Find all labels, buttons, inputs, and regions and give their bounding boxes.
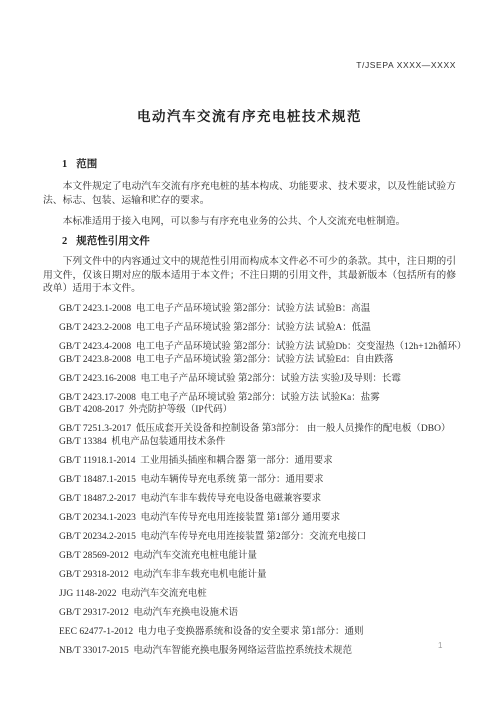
reference-item: GB/T 2423.16-2008 电工电子产品环境试验 第2部分：试验方法 实…	[43, 374, 456, 385]
reference-item: JJG 1148-2022 电动汽车交流充电桩	[43, 589, 456, 600]
section-heading-scope: 1范围	[43, 159, 456, 170]
reference-list: GB/T 2423.1-2008 电工电子产品环境试验 第2部分：试验方法 试验…	[43, 304, 456, 656]
reference-item: GB/T 29317-2012 电动汽车充换电设施术语	[43, 608, 456, 619]
reference-item: GB/T 28569-2012 电动汽车交流充电桩电能计量	[43, 551, 456, 562]
reference-item: GB/T 2423.2-2008 电工电子产品环境试验 第2部分：试验方法 试验…	[43, 323, 456, 334]
page-title: 电动汽车交流有序充电桩技术规范	[43, 110, 456, 124]
reference-item: GB/T 13384 机电产品包装通用技术条件	[43, 437, 456, 448]
reference-item: GB/T 11918.1-2014 工业用插头插座和耦合器 第一部分：通用要求	[43, 456, 456, 467]
reference-item: GB/T 2423.1-2008 电工电子产品环境试验 第2部分：试验方法 试验…	[43, 304, 456, 315]
reference-item: GB/T 29318-2012 电动汽车非车载充电机电能计量	[43, 570, 456, 581]
standard-code-header: T/JSEPA XXXX—XXXX	[43, 61, 456, 70]
document-page: T/JSEPA XXXX—XXXX 电动汽车交流有序充电桩技术规范 1范围 本文…	[0, 0, 500, 707]
section-heading-normative-references: 2规范性引用文件	[43, 236, 456, 247]
reference-item: GB/T 2423.17-2008 电工电子产品环境试验 第2部分：试验方法 试…	[43, 393, 456, 404]
reference-item: GB/T 4208-2017 外壳防护等级（IP代码）	[43, 405, 456, 416]
reference-item: GB/T 20234.1-2023 电动汽车传导充电用连接装置 第1部分 通用要…	[43, 513, 456, 524]
section-number: 1	[62, 159, 67, 170]
page-number: 1	[438, 641, 442, 650]
reference-item: GB/T 2423.4-2008 电工电子产品环境试验 第2部分：试验方法 试验…	[43, 342, 456, 353]
scope-paragraph-2: 本标准适用于接入电网，可以参与有序充电业务的公共、个人交流充电桩制造。	[43, 215, 456, 229]
reference-item: GB/T 18487.1-2015 电动车辆传导充电系统 第一部分：通用要求	[43, 475, 456, 486]
reference-item: GB/T 20234.2-2015 电动汽车传导充电用连接装置 第2部分：交流充…	[43, 532, 456, 543]
reference-item: EEC 62477-1-2012 电力电子变换器系统和设备的安全要求 第1部分：…	[43, 627, 456, 638]
scope-paragraph-1: 本文件规定了电动汽车交流有序充电桩的基本构成、功能要求、技术要求，以及性能试验方…	[43, 180, 456, 208]
reference-item: GB/T 2423.8-2008 电工电子产品环境试验 第2部分：试验方法 试验…	[43, 355, 456, 366]
reference-item: GB/T 18487.2-2017 电动汽车非车载传导充电设备电磁兼容要求	[43, 494, 456, 505]
section-heading-label: 范围	[76, 159, 97, 170]
normative-references-intro: 下列文件中的内容通过文中的规范性引用而构成本文件必不可少的条款。其中，注日期的引…	[43, 255, 456, 296]
reference-item: GB/T 7251.3-2017 低压成套开关设备和控制设备 第3部分： 由一般…	[43, 424, 456, 435]
section-heading-label: 规范性引用文件	[76, 236, 150, 247]
reference-item: NB/T 33017-2015 电动汽车智能充换电服务网络运营监控系统技术规范	[43, 646, 456, 657]
section-number: 2	[62, 236, 67, 247]
